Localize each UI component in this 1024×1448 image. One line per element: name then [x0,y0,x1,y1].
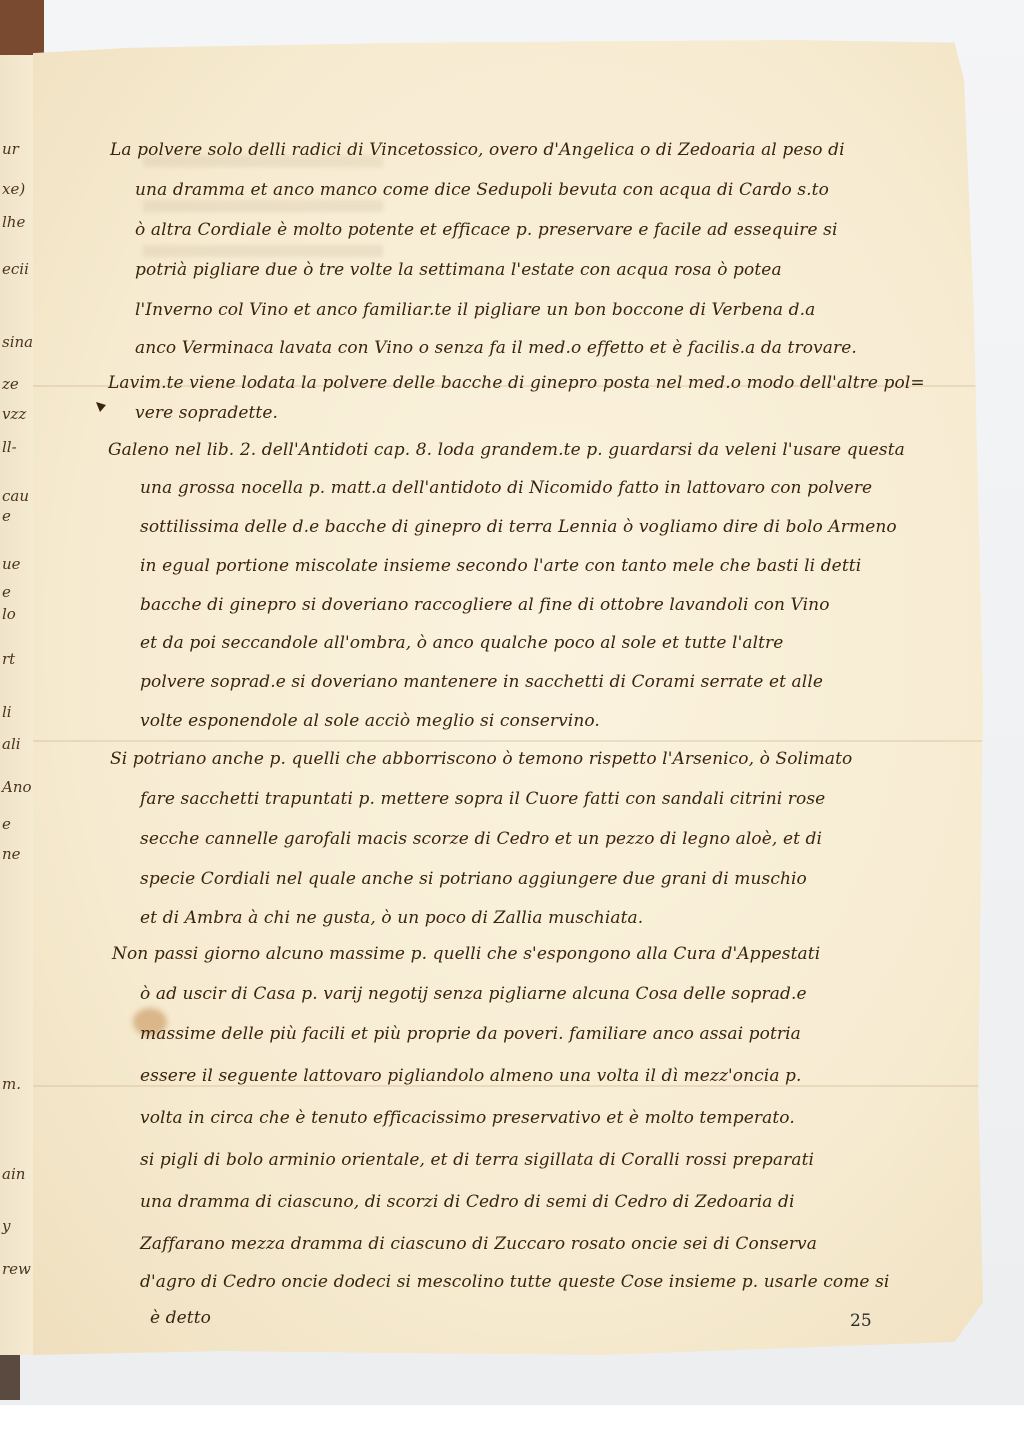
text-line: volte esponendole al sole acciò meglio s… [140,711,600,731]
text-line: sottilissima delle d.e bacche di ginepro… [140,517,897,537]
text-line: una dramma di ciascuno, di scorzi di Ced… [140,1192,795,1212]
text-line: Non passi giorno alcuno massime p. quell… [112,944,820,964]
text-line: Galeno nel lib. 2. dell'Antidoti cap. 8.… [108,440,905,460]
text-line: volta in circa che è tenuto efficacissim… [140,1108,795,1128]
facing-page-fragment: ll- [2,438,17,456]
facing-page-fragment: rt [2,650,15,668]
facing-page-fragment: m. [2,1075,21,1093]
facing-page-fragment: ur [2,140,19,158]
ink-bleed-through [143,245,383,257]
text-line: ò altra Cordiale è molto potente et effi… [135,220,838,240]
text-line: polvere soprad.e si doveriano mantenere … [140,672,823,692]
text-line: et da poi seccandole all'ombra, ò anco q… [140,633,783,653]
text-line: si pigli di bolo arminio orientale, et d… [140,1150,814,1170]
text-line: ò ad uscir di Casa p. varij negotij senz… [140,984,807,1004]
book-binding-top [0,0,44,60]
facing-page-fragment: sina [2,333,33,351]
facing-page-fragment: rew [2,1260,31,1278]
facing-page-fragment: cau [2,487,29,505]
ink-bleed-through [143,200,383,212]
text-line: è detto [150,1308,211,1328]
facing-page-fragment: Ano [2,778,32,796]
margin-ink-mark [96,402,106,412]
facing-page-fragment: li [2,703,12,721]
text-line: una dramma et anco manco come dice Sedup… [135,180,829,200]
text-line: l'Inverno col Vino et anco familiar.te i… [135,300,815,320]
text-line: Zaffarano mezza dramma di ciascuno di Zu… [140,1234,817,1254]
text-line: anco Verminaca lavata con Vino o senza f… [135,338,857,358]
text-line: in egual portione miscolate insieme seco… [140,556,861,576]
facing-page-fragment: vzz [2,405,26,423]
text-line: La polvere solo delli radici di Vincetos… [110,140,845,160]
page-number: 25 [850,1311,872,1331]
text-line: Lavim.te viene lodata la polvere delle b… [108,373,925,393]
facing-page-fragment: y [2,1217,10,1235]
text-line: bacche di ginepro si doveriano raccoglie… [140,595,830,615]
text-line: massime delle più facili et più proprie … [140,1024,801,1044]
text-line: d'agro di Cedro oncie dodeci si mescolin… [140,1272,889,1292]
facing-page-fragment: e [2,583,11,601]
facing-page-fragment: ue [2,555,21,573]
facing-page-fragment: lhe [2,213,25,231]
text-line: potrià pigliare due ò tre volte la setti… [135,260,782,280]
text-line: essere il seguente lattovaro pigliandolo… [140,1066,802,1086]
facing-page-fragment: lo [2,605,16,623]
facing-page-fragment: xe) [2,180,25,198]
text-line: specie Cordiali nel quale anche si potri… [140,869,807,889]
text-line: una grossa nocella p. matt.a dell'antido… [140,478,872,498]
book-binding-bottom [0,1350,20,1400]
facing-page-fragment: ze [2,375,19,393]
text-line: Si potriano anche p. quelli che abborris… [110,749,852,769]
text-line: et di Ambra à chi ne gusta, ò un poco di… [140,908,643,928]
facing-page-fragment: ali [2,735,21,753]
facing-page-fragment: ain [2,1165,25,1183]
facing-page-fragment: ecii [2,260,29,278]
facing-page-edge: ur xe) lhe ecii sina ze vzz ll- cau e ue… [0,55,34,1355]
facing-page-fragment: e [2,815,11,833]
text-line: fare sacchetti trapuntati p. mettere sop… [140,789,825,809]
text-line: vere sopradette. [135,403,278,423]
facing-page-fragment: ne [2,845,21,863]
facing-page-fragment: e [2,507,11,525]
fold-line [33,740,983,742]
text-line: secche cannelle garofali macis scorze di… [140,829,822,849]
